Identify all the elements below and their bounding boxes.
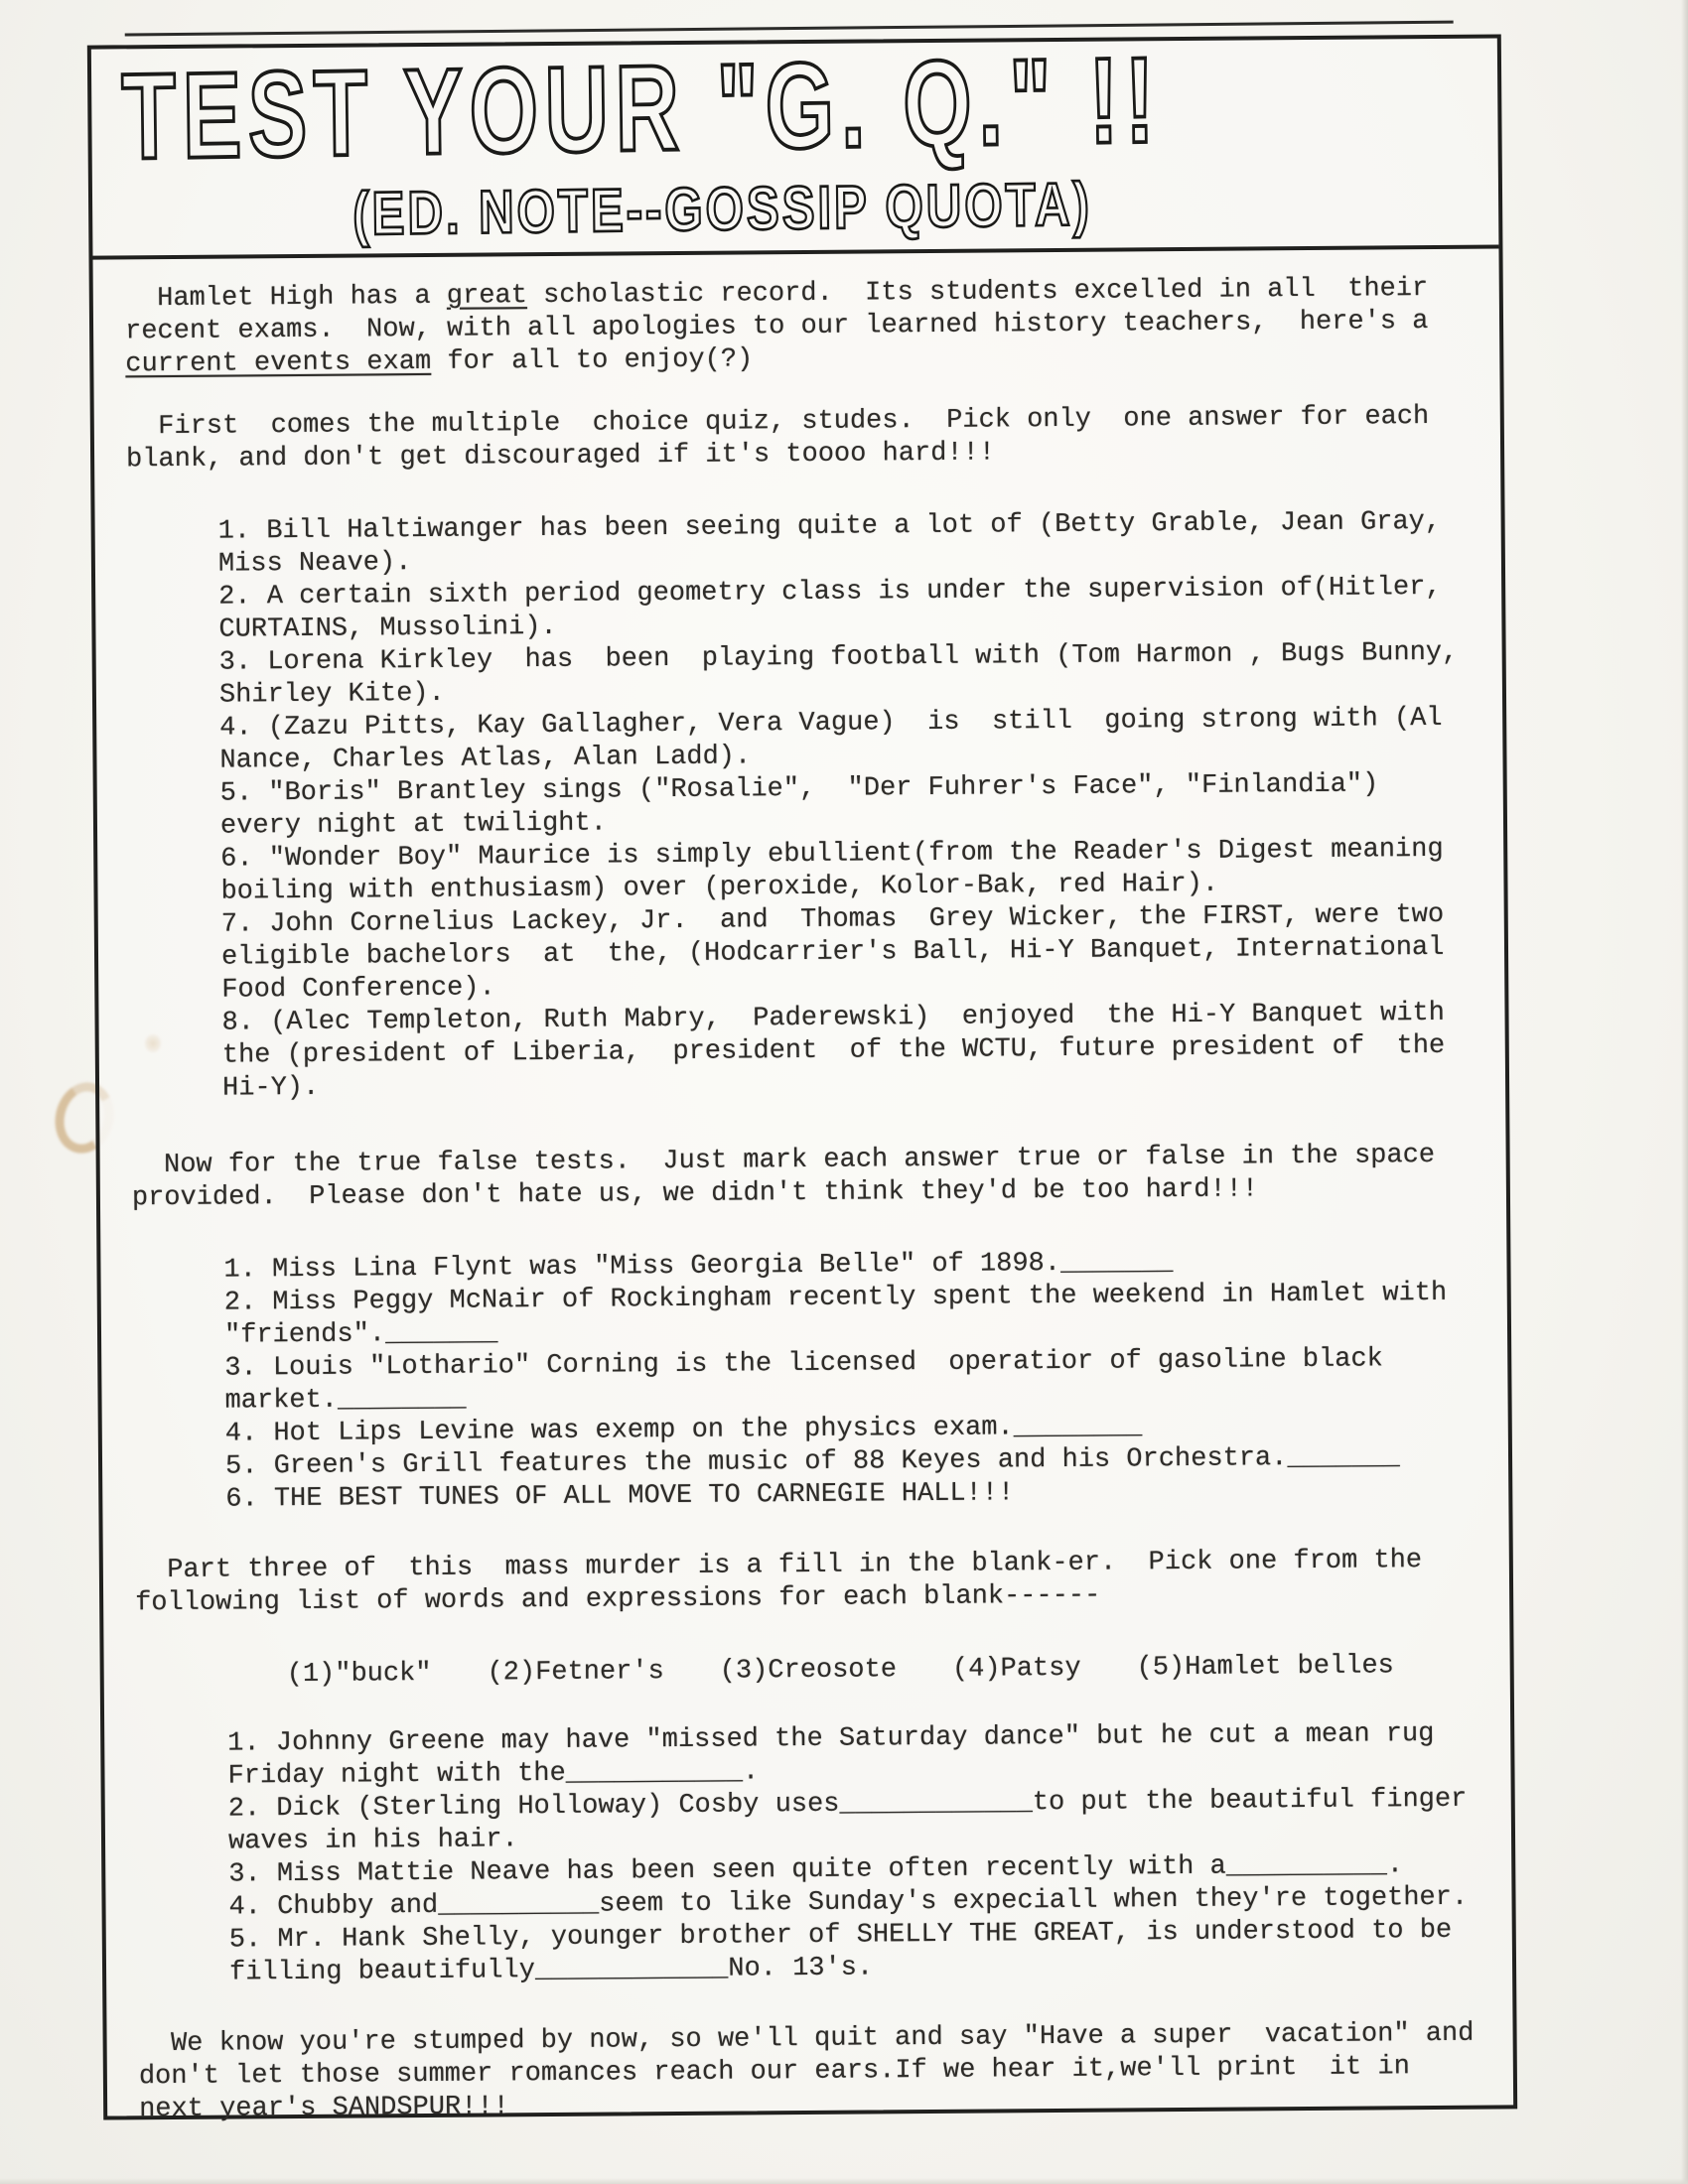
multiple-choice-item-1: 1. Bill Haltiwanger has been seeing quit… (218, 506, 1468, 582)
multiple-choice-item-7: 7. John Cornelius Lackey, Jr. and Thomas… (221, 899, 1472, 1008)
document-body: Hamlet High has a great scholastic recor… (93, 248, 1514, 2126)
page-subtitle: (ED. NOTE--GOSSIP QUOTA) (352, 175, 1092, 245)
scan-edge-shadow-bottom (0, 2178, 1688, 2184)
multiple-choice-item-2: 2. A certain sixth period geometry class… (218, 572, 1468, 647)
masthead: TEST YOUR "G. Q." !! (ED. NOTE--GOSSIP Q… (91, 38, 1499, 259)
word-bank-option-4: (4)Patsy (952, 1653, 1081, 1687)
multiple-choice-item-6: 6. "Wonder Boy" Maurice is simply ebulli… (220, 834, 1470, 909)
multiple-choice-item-8: 8. (Alec Templeton, Ruth Mabry, Paderews… (221, 998, 1472, 1106)
multiple-choice-instructions: First comes the multiple choice quiz, st… (126, 401, 1467, 478)
word-bank: (1)"buck" (2)Fetner's (3)Creosote (4)Pat… (287, 1650, 1477, 1692)
scan-edge-shadow-right (1681, 0, 1688, 2184)
word-bank-option-1: (1)"buck" (287, 1658, 432, 1692)
word-bank-option-3: (3)Creosote (720, 1654, 897, 1688)
fill-in-list: 1. Johnny Greene may have "missed the Sa… (136, 1718, 1478, 1991)
true-false-item-2: 2. Miss Peggy McNair of Rockingham recen… (224, 1278, 1474, 1353)
intro-paragraph: Hamlet High has a great scholastic recor… (125, 273, 1467, 382)
intro-underlined-great: great (447, 281, 527, 312)
document-frame: TEST YOUR "G. Q." !! (ED. NOTE--GOSSIP Q… (87, 34, 1517, 2119)
multiple-choice-item-4: 4. (Zazu Pitts, Kay Gallagher, Vera Vagu… (219, 703, 1469, 778)
fill-in-item-1: 1. Johnny Greene may have "missed the Sa… (227, 1718, 1477, 1794)
intro-text-tail: for all to enjoy(?) (431, 344, 753, 377)
closing-paragraph: We know you're stumped by now, so we'll … (139, 2018, 1480, 2127)
multiple-choice-item-3: 3. Lorena Kirkley has been playing footb… (219, 637, 1469, 713)
multiple-choice-item-5: 5. "Boris" Brantley sings ("Rosalie", "D… (220, 768, 1470, 844)
word-bank-option-5: (5)Hamlet belles (1136, 1650, 1394, 1685)
scanned-newspaper-page: TEST YOUR "G. Q." !! (ED. NOTE--GOSSIP Q… (0, 0, 1688, 2184)
intro-text-lead: Hamlet High has a (125, 282, 447, 315)
fill-in-instructions: Part three of this mass murder is a fill… (135, 1545, 1476, 1621)
true-false-instructions: Now for the true false tests. Just mark … (132, 1140, 1473, 1216)
fill-in-item-2: 2. Dick (Sterling Holloway) Cosby uses__… (228, 1784, 1477, 1859)
page-title: TEST YOUR "G. Q." !! (121, 40, 1162, 179)
true-false-item-3: 3. Louis "Lothario" Corning is the licen… (224, 1343, 1474, 1419)
fill-in-item-5: 5. Mr. Hank Shelly, younger brother of S… (229, 1915, 1478, 1990)
intro-underlined-exam: current events exam (125, 347, 431, 379)
true-false-list: 1. Miss Lina Flynt was "Miss Georgia Bel… (132, 1245, 1475, 1518)
word-bank-option-2: (2)Fetner's (487, 1656, 663, 1690)
multiple-choice-list: 1. Bill Haltiwanger has been seeing quit… (127, 506, 1473, 1107)
